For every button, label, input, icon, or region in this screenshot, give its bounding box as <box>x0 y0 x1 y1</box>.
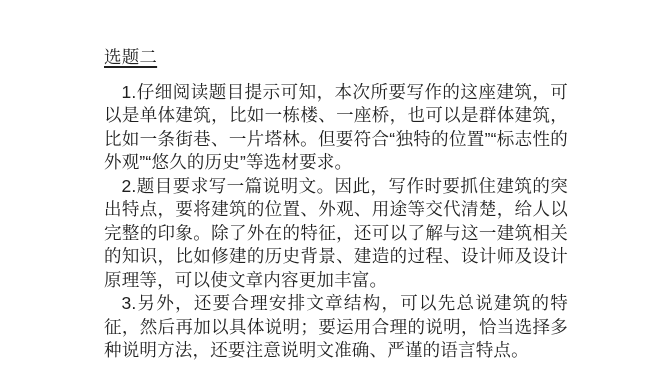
guidance-paragraph-3: 3.另外，还要合理安排文章结构，可以先总说建筑的特征，然后再加以具体说明；要运用… <box>104 292 568 363</box>
guidance-paragraph-1: 1.仔细阅读题目提示可知，本次所要写作的这座建筑，可以是单体建筑，比如一栋楼、一… <box>104 81 568 175</box>
slide-title: 选题二 <box>104 46 568 70</box>
slide-text-block: 选题二 1.仔细阅读题目提示可知，本次所要写作的这座建筑，可以是单体建筑，比如一… <box>104 46 568 363</box>
slide-title-text: 选题二 <box>104 47 157 67</box>
guidance-paragraph-2: 2.题目要求写一篇说明文。因此，写作时要抓住建筑的突出特点，要将建筑的位置、外观… <box>104 175 568 293</box>
presentation-slide: 选题二 1.仔细阅读题目提示可知，本次所要写作的这座建筑，可以是单体建筑，比如一… <box>0 0 668 376</box>
